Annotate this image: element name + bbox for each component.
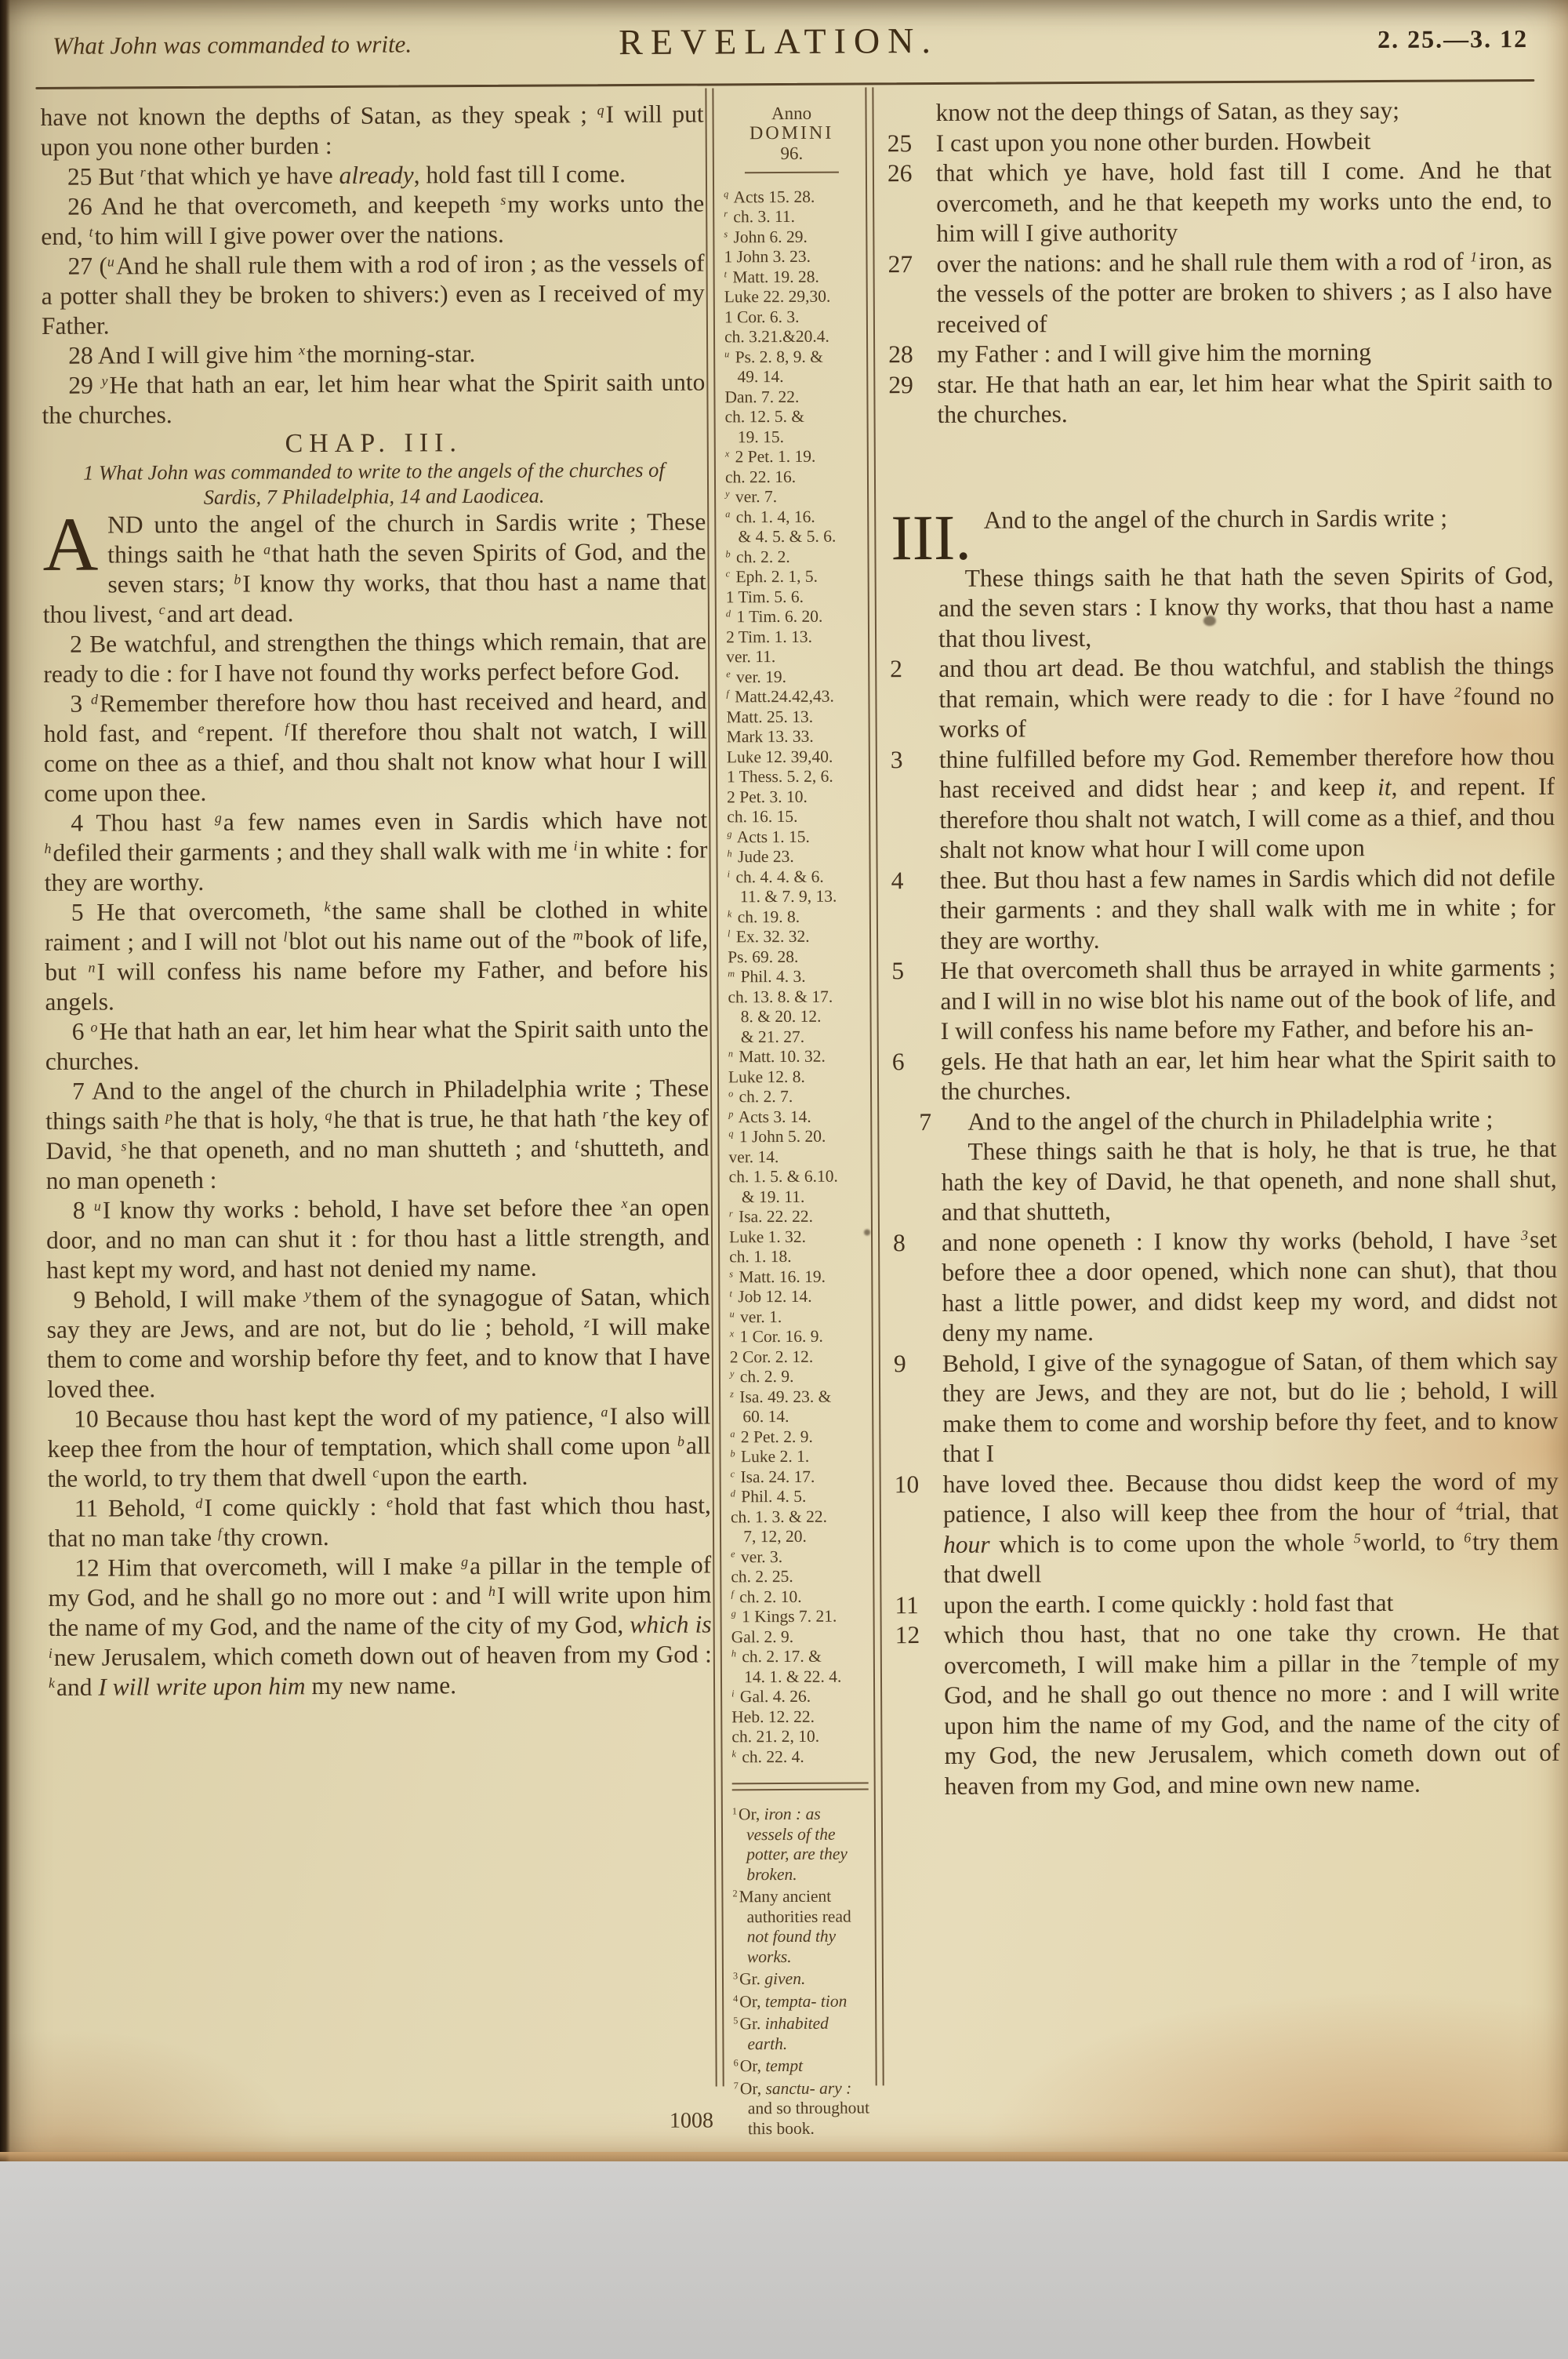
kjv-paragraph: 26 And he that overcometh, and keepeth s…: [41, 189, 704, 252]
verse-text: that which ye have, hold fast till I com…: [936, 156, 1552, 247]
margin-reference: t Job 12. 14.: [729, 1286, 866, 1307]
rv-verse: 5 He that overcometh shall thus be array…: [891, 953, 1556, 1047]
margin-reference: ch. 1. 3. & 22.: [731, 1507, 867, 1527]
margin-reference: y ch. 2. 9.: [730, 1366, 866, 1387]
rv-chapter-start: III. And to the angel of the church in S…: [889, 502, 1553, 563]
margin-reference: ch. 21. 2, 10.: [731, 1726, 868, 1747]
margin-reference: q Acts 15. 28.: [724, 187, 860, 207]
chapter-intro-text: And to the angel of the church in Sardis…: [984, 503, 1448, 533]
kjv-paragraph-dropcap: AND unto the angel of the church in Sard…: [42, 507, 706, 630]
kjv-paragraph: 5 He that overcometh, kthe same shall be…: [45, 895, 709, 1017]
margin-reference: ch. 2. 25.: [731, 1566, 867, 1587]
margin-reference: 1 Thess. 5. 2, 6.: [727, 766, 863, 787]
anno-line: DOMINI: [724, 123, 860, 144]
rv-verse: 4 thee. But thou hast a few names in Sar…: [891, 862, 1556, 956]
margin-reference: r Isa. 22. 22.: [729, 1206, 866, 1227]
verse-text: And to the angel of the church in Philad…: [967, 1105, 1493, 1136]
kjv-paragraph: 8 uI know thy works : behold, I have set…: [46, 1193, 710, 1285]
kjv-paragraph: 7 And to the angel of the church in Phil…: [45, 1074, 710, 1196]
margin-reference: p Acts 3. 14.: [728, 1107, 865, 1127]
rv-verse: 2 and thou art dead. Be thou watchful, a…: [890, 651, 1555, 745]
margin-reference: Luke 12. 39,40.: [727, 747, 863, 767]
verse-text: These things saith he that is holy, he t…: [942, 1135, 1557, 1226]
margin-reference: Luke 22. 29,30.: [724, 286, 861, 307]
margin-reference: k ch. 22. 4.: [731, 1747, 868, 1767]
margin-reference: i ch. 4. 4. & 6.: [728, 867, 864, 887]
margin-reference: g 1 Kings 7. 21.: [731, 1606, 868, 1627]
margin-reference: q 1 John 5. 20.: [728, 1126, 865, 1147]
margin-reference: Matt. 25. 13.: [727, 707, 863, 727]
verse-number: 27: [887, 249, 931, 279]
margin-reference: t Matt. 19. 28.: [724, 267, 861, 287]
margin-reference: i Gal. 4. 26.: [731, 1686, 868, 1707]
margin-reference: h Jude 23.: [727, 846, 863, 867]
verse-number: 12: [895, 1620, 939, 1651]
margin-reference: c Isa. 24. 17.: [731, 1467, 867, 1487]
margin-reference: ver. 14.: [728, 1147, 865, 1167]
margin-reference: d Phil. 4. 5.: [731, 1486, 867, 1507]
margin-reference: 2 Cor. 2. 12.: [730, 1347, 866, 1367]
kjv-paragraph: 3 dRemember therefore how thou hast rece…: [43, 686, 707, 809]
margin-reference: ch. 22. 16.: [725, 467, 862, 487]
margin-reference: m Phil. 4. 3.: [728, 966, 864, 987]
verse-range-reference: 2. 25.—3. 12: [1377, 24, 1528, 54]
margin-footnote: 1Or, iron : as vessels of the potter, ar…: [732, 1804, 869, 1885]
kjv-paragraph: 6 oHe that hath an ear, let him hear wha…: [45, 1014, 709, 1077]
margin-reference: a ch. 1. 4, 16.: [725, 507, 862, 527]
rv-verse: These things saith he that is holy, he t…: [892, 1134, 1557, 1228]
rv-verse: 26 that which ye have, hold fast till I …: [887, 155, 1552, 249]
kjv-verses-a: 25 But rthat which ye have already, hold…: [41, 159, 706, 431]
rv-verse: 25 I cast upon you none other burden. Ho…: [887, 125, 1552, 158]
rv-verse: 3 thine fulfilled before my God. Remembe…: [891, 741, 1555, 865]
margin-footnote: 4Or, tempta- tion: [733, 1991, 869, 2012]
page-content: What John was commanded to write. REVELA…: [0, 0, 1568, 2165]
kjv-paragraph: 4 Thou hast ga few names even in Sardis …: [44, 805, 708, 898]
verse-number: 28: [888, 340, 932, 370]
kjv-paragraph: 12 Him that overcometh, will I make ga p…: [48, 1550, 712, 1702]
margin-reference: Luke 1. 32.: [729, 1227, 866, 1247]
margin-footnote: 2Many ancient authorities read not found…: [732, 1886, 869, 1967]
book-title: REVELATION.: [0, 16, 1563, 66]
margin-footnote: 3Gr. given.: [733, 1968, 869, 1989]
margin-reference: b ch. 2. 2.: [725, 547, 862, 567]
verse-text: gels. He that hath an ear, let him hear …: [941, 1044, 1556, 1105]
margin-reference: 11. & 7. 9, 13.: [728, 886, 864, 907]
kjv-column: have not known the depths of Satan, as t…: [40, 100, 712, 1703]
verse-text: and thou art dead. Be thou watchful, and…: [938, 652, 1554, 743]
verse-text: know not the deep things of Satan, as th…: [935, 96, 1399, 126]
margin-footnotes: 1Or, iron : as vessels of the potter, ar…: [732, 1804, 870, 2139]
margin-reference: 14. 1. & 22. 4.: [731, 1667, 868, 1687]
verse-text: thine fulfilled before my God. Remember …: [939, 742, 1555, 863]
rv-verse: 29 star. He that hath an ear, let him he…: [888, 366, 1552, 430]
chapter-numeral: III.: [889, 505, 984, 564]
margin-references: q Acts 15. 28.r ch. 3. 11.s John 6. 29.1…: [724, 187, 869, 1767]
verse-text: I cast upon you none other burden. Howbe…: [936, 127, 1371, 157]
margin-reference: & 4. 5. & 5. 6.: [725, 526, 862, 547]
margin-reference: Gal. 2. 9.: [731, 1627, 868, 1647]
kjv-paragraph: 28 And I will give him xthe morning-star…: [42, 338, 705, 371]
margin-reference: 1 Cor. 6. 3.: [724, 307, 861, 327]
scanned-page: What John was commanded to write. REVELA…: [0, 0, 1568, 2161]
margin-reference: s John 6. 29.: [724, 227, 860, 247]
page-number: 1008: [625, 2108, 758, 2134]
kjv-paragraph: 25 But rthat which ye have already, hold…: [41, 159, 704, 192]
margin-reference: Luke 12. 8.: [728, 1067, 865, 1087]
verse-number: 6: [892, 1046, 936, 1077]
margin-footnote: 5Gr. inhabited earth.: [733, 2013, 869, 2054]
rv-verse: 10 have loved thee. Because thou didst k…: [895, 1466, 1559, 1590]
chapter-summary: 1 What John was commanded to write to th…: [42, 457, 706, 511]
verse-number: 11: [895, 1590, 938, 1620]
margin-reference: 2 Pet. 3. 10.: [727, 787, 863, 807]
header-rule: [35, 79, 1534, 89]
verse-text: my Father : and I will give him the morn…: [937, 338, 1371, 368]
rv-verse: 7 And to the angel of the church in Phil…: [892, 1103, 1556, 1137]
verse-number: 29: [888, 369, 932, 400]
margin-reference: u ver. 1.: [730, 1307, 866, 1327]
verse-text: He that overcometh shall thus be arrayed…: [940, 954, 1555, 1045]
margin-reference: l Ex. 32. 32.: [728, 926, 864, 947]
kjv-paragraph: 2 Be watchful, and strengthen the things…: [43, 627, 706, 689]
verse-number: 2: [890, 654, 934, 685]
margin-reference: 60. 14.: [730, 1406, 866, 1427]
margin-reference: Dan. 7. 22.: [724, 387, 861, 407]
ink-speck: [864, 1229, 870, 1235]
margin-reference: Ps. 69. 28.: [728, 947, 864, 967]
rv-verse: know not the deep things of Satan, as th…: [887, 95, 1551, 129]
kjv-verses-b: 2 Be watchful, and strengthen the things…: [43, 627, 712, 1703]
margin-reference: 8. & 20. 12.: [728, 1006, 865, 1027]
margin-reference: f Matt.24.42,43.: [726, 686, 862, 707]
verse-text: over the nations: and he shall rule them…: [936, 246, 1552, 337]
kjv-paragraph: 10 Because thou hast kept the word of my…: [47, 1401, 711, 1493]
kjv-paragraph: have not known the depths of Satan, as t…: [40, 100, 703, 162]
verse-number: 4: [891, 865, 935, 896]
verse-number: 10: [895, 1469, 938, 1499]
drop-cap: A: [42, 511, 107, 576]
margin-reference: ch. 1. 5. & 6.10.: [729, 1166, 866, 1187]
margin-reference: a 2 Pet. 2. 9.: [730, 1427, 866, 1447]
margin-reference: u Ps. 2. 8, 9. &: [724, 347, 861, 367]
rv-opening-verses: know not the deep things of Satan, as th…: [887, 95, 1552, 431]
rv-verse: 11 upon the earth. I come quickly : hold…: [895, 1587, 1559, 1620]
verse-number: 5: [891, 956, 935, 987]
margin-reference: h ch. 2. 17. &: [731, 1646, 868, 1667]
margin-reference: x 2 Pet. 1. 19.: [725, 446, 862, 467]
margin-reference: x 1 Cor. 16. 9.: [730, 1326, 866, 1347]
margin-reference: c Eph. 2. 1, 5.: [726, 566, 862, 587]
margin-column: Anno DOMINI 96. q Acts 15. 28.r ch. 3. 1…: [723, 103, 870, 2141]
margin-reference: Heb. 12. 22.: [731, 1707, 868, 1727]
margin-reference: ch. 1. 18.: [729, 1246, 866, 1267]
margin-reference: e ver. 3.: [731, 1547, 867, 1567]
margin-reference: e ver. 19.: [726, 667, 862, 687]
kjv-paragraph: 9 Behold, I will make ythem of the synag…: [46, 1281, 710, 1404]
margin-reference: 7, 12, 20.: [731, 1526, 867, 1547]
margin-reference: d 1 Tim. 6. 20.: [726, 606, 862, 627]
margin-reference: ver. 11.: [726, 646, 862, 667]
verse-text: thee. But thou hast a few names in Sardi…: [940, 863, 1555, 954]
margin-reference: z Isa. 49. 23. &: [730, 1387, 866, 1407]
margin-footnote: 6Or, tempt: [734, 2055, 870, 2076]
margin-reference: k ch. 19. 8.: [728, 907, 864, 927]
verse-text: star. He that hath an ear, let him hear …: [937, 367, 1552, 428]
verse-number: 7: [892, 1107, 936, 1137]
verse-text: which thou hast, that no one take thy cr…: [944, 1618, 1560, 1800]
scanner-bed-background: [0, 2161, 1568, 2359]
margin-reference: ch. 13. 8. & 17.: [728, 987, 864, 1007]
kjv-paragraph: 27 (uAnd he shall rule them with a rod o…: [41, 249, 705, 341]
rv-column: know not the deep things of Satan, as th…: [887, 95, 1559, 1801]
kjv-paragraph: 11 Behold, dI come quickly : ehold that …: [48, 1490, 711, 1553]
margin-reference: o ch. 2. 7.: [728, 1086, 865, 1107]
margin-reference: 1 Tim. 5. 6.: [726, 587, 862, 607]
verse-number: 8: [893, 1227, 937, 1258]
margin-reference: b Luke 2. 1.: [730, 1446, 866, 1467]
margin-reference: 19. 15.: [725, 427, 862, 447]
verse-text: and none openeth : I know thy works (beh…: [942, 1225, 1558, 1347]
anno-domini: Anno DOMINI 96.: [723, 103, 859, 163]
verse-text: upon the earth. I come quickly : hold fa…: [943, 1588, 1393, 1618]
margin-reference: ch. 12. 5. &: [725, 406, 862, 427]
kjv-verse-text: ND unto the angel of the church in Sardi…: [43, 508, 706, 628]
anno-rule: [745, 171, 839, 173]
rv-verse: 12 which thou hast, that no one take thy…: [895, 1617, 1560, 1801]
verse-number: 3: [891, 744, 935, 775]
margin-reference: r ch. 3. 11.: [724, 206, 860, 227]
margin-reference: ch. 16. 15.: [727, 806, 863, 827]
verse-text: These things saith he that hath the seve…: [938, 561, 1554, 652]
margin-reference: Mark 13. 33.: [727, 726, 863, 747]
rv-verse: 6 gels. He that hath an ear, let him hea…: [892, 1043, 1556, 1107]
anno-line: Anno: [723, 103, 859, 123]
margin-reference: y ver. 7.: [725, 486, 862, 507]
rv-verse: 27 over the nations: and he shall rule t…: [887, 245, 1552, 340]
verse-number: 26: [887, 158, 931, 189]
rv-verse: 9 Behold, I give of the synagogue of Sat…: [894, 1345, 1559, 1469]
verse-number: 9: [894, 1348, 938, 1379]
verse-text: Behold, I give of the synagogue of Satan…: [942, 1346, 1559, 1467]
margin-reference: ch. 3.21.&20.4.: [724, 326, 861, 347]
margin-reference: & 19. 11.: [729, 1187, 866, 1207]
rv-verses: These things saith he that hath the seve…: [890, 560, 1560, 1801]
rv-verse: These things saith he that hath the seve…: [890, 560, 1555, 654]
margin-reference: 49. 14.: [724, 366, 861, 387]
chapter-heading: CHAP. III.: [42, 427, 706, 460]
margin-reference: 2 Tim. 1. 13.: [726, 627, 862, 647]
margin-divider: [732, 1782, 869, 1790]
verse-number: 25: [887, 129, 931, 159]
rv-verse: 28 my Father : and I will give him the m…: [888, 336, 1552, 370]
rv-verse: 8 and none openeth : I know thy works (b…: [893, 1224, 1558, 1348]
anno-year: 96.: [724, 143, 860, 163]
margin-reference: g Acts 1. 15.: [727, 827, 863, 847]
margin-reference: 1 John 3. 23.: [724, 246, 860, 267]
kjv-paragraph: 29 yHe that hath an ear, let him hear wh…: [42, 368, 705, 431]
margin-reference: f ch. 2. 10.: [731, 1587, 867, 1607]
margin-reference: & 21. 27.: [728, 1027, 865, 1047]
ink-speck: [1203, 616, 1216, 626]
verse-text: have loved thee. Because thou didst keep…: [943, 1467, 1559, 1588]
margin-reference: n Matt. 10. 32.: [728, 1046, 865, 1067]
margin-reference: s Matt. 16. 19.: [729, 1267, 866, 1287]
